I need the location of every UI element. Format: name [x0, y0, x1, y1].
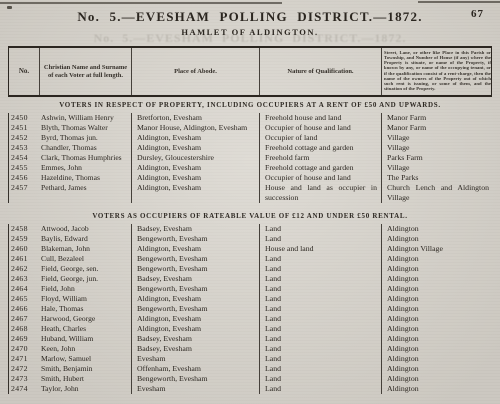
- row-property: Aldington: [381, 224, 493, 234]
- row-name: Hazeldine, Thomas: [39, 173, 131, 183]
- row-qualification: Land: [259, 374, 381, 384]
- row-abode: Badsey, Evesham: [131, 274, 259, 284]
- row-name: Cull, Bezaleel: [39, 254, 131, 264]
- table-row: 2455 Emmes, John Aldington, Evesham Free…: [9, 163, 492, 173]
- row-no: 2470: [9, 344, 39, 354]
- table-header-row: No. Christian Name and Surname of each V…: [8, 46, 492, 97]
- table-row: 2458 Attwood, Jacob Badsey, Evesham Land…: [9, 224, 492, 234]
- row-name: Chandler, Thomas: [39, 143, 131, 153]
- row-no: 2464: [9, 284, 39, 294]
- row-abode: Bengeworth, Evesham: [131, 234, 259, 244]
- table-row: 2451 Blyth, Thomas Walter Manor House, A…: [9, 123, 492, 133]
- row-qualification: Land: [259, 224, 381, 234]
- row-property: Aldington: [381, 354, 493, 364]
- row-abode: Aldington, Evesham: [131, 173, 259, 183]
- scan-edge-line-left: [0, 2, 282, 4]
- table-row: 2462 Field, George, sen. Bengeworth, Eve…: [9, 264, 492, 274]
- row-name: Field, John: [39, 284, 131, 294]
- row-name: Huband, William: [39, 334, 131, 344]
- row-no: 2469: [9, 334, 39, 344]
- row-qualification: Land: [259, 324, 381, 334]
- row-abode: Offenham, Evesham: [131, 364, 259, 374]
- row-name: Taylor, John: [39, 384, 131, 394]
- row-abode: Aldington, Evesham: [131, 314, 259, 324]
- table-row: 2456 Hazeldine, Thomas Aldington, Evesha…: [9, 173, 492, 183]
- row-qualification: Land: [259, 354, 381, 364]
- table-row: 2467 Harwood, George Aldington, Evesham …: [9, 314, 492, 324]
- row-qualification: Land: [259, 344, 381, 354]
- table-row: 2468 Heath, Charles Aldington, Evesham L…: [9, 324, 492, 334]
- row-qualification: Freehold farm: [259, 153, 381, 163]
- row-no: 2457: [9, 183, 39, 203]
- row-abode: Badsey, Evesham: [131, 344, 259, 354]
- row-abode: Evesham: [131, 384, 259, 394]
- row-qualification: Land: [259, 304, 381, 314]
- row-no: 2471: [9, 354, 39, 364]
- row-no: 2472: [9, 364, 39, 374]
- row-qualification: House and land: [259, 244, 381, 254]
- row-name: Marlow, Samuel: [39, 354, 131, 364]
- row-abode: Evesham: [131, 354, 259, 364]
- row-property: Aldington: [381, 284, 493, 294]
- row-abode: Aldington, Evesham: [131, 183, 259, 203]
- table-row: 2453 Chandler, Thomas Aldington, Evesham…: [9, 143, 492, 153]
- table-row: 2461 Cull, Bezaleel Bengeworth, Evesham …: [9, 254, 492, 264]
- table-row: 2454 Clark, Thomas Humphries Dursley, Gl…: [9, 153, 492, 163]
- row-name: Emmes, John: [39, 163, 131, 173]
- row-property: Aldington: [381, 344, 493, 354]
- row-property: Aldington: [381, 314, 493, 324]
- row-property: Aldington: [381, 384, 493, 394]
- row-abode: Bengeworth, Evesham: [131, 254, 259, 264]
- row-qualification: Freehold house and land: [259, 113, 381, 123]
- row-no: 2473: [9, 374, 39, 384]
- table-row: 2464 Field, John Bengeworth, Evesham Lan…: [9, 284, 492, 294]
- section-heading: VOTERS IN RESPECT OF PROPERTY, INCLUDING…: [8, 100, 492, 111]
- row-property: Aldington: [381, 334, 493, 344]
- row-abode: Bengeworth, Evesham: [131, 374, 259, 384]
- column-header-abode: Place of Abode.: [131, 48, 259, 95]
- row-property: The Parks: [381, 173, 493, 183]
- row-property: Church Lench and Aldington Village: [381, 183, 493, 203]
- row-property: Manor Farm: [381, 113, 493, 123]
- row-qualification: Occupier of land: [259, 133, 381, 143]
- voter-section: VOTERS IN RESPECT OF PROPERTY, INCLUDING…: [8, 100, 492, 203]
- row-no: 2474: [9, 384, 39, 394]
- section-rows: 2458 Attwood, Jacob Badsey, Evesham Land…: [8, 224, 492, 394]
- row-name: Heath, Charles: [39, 324, 131, 334]
- table-row: 2471 Marlow, Samuel Evesham Land Aldingt…: [9, 354, 492, 364]
- row-no: 2454: [9, 153, 39, 163]
- row-property: Aldington: [381, 374, 493, 384]
- row-abode: Aldington, Evesham: [131, 294, 259, 304]
- row-name: Keen, John: [39, 344, 131, 354]
- row-qualification: Land: [259, 334, 381, 344]
- column-header-qualification: Nature of Qualification.: [259, 48, 381, 95]
- row-name: Hale, Thomas: [39, 304, 131, 314]
- section-rows: 2450 Ashwin, William Henry Bretforton, E…: [8, 113, 492, 203]
- row-no: 2456: [9, 173, 39, 183]
- row-qualification: Land: [259, 254, 381, 264]
- row-abode: Bengeworth, Evesham: [131, 304, 259, 314]
- row-qualification: Land: [259, 274, 381, 284]
- row-property: Parks Farm: [381, 153, 493, 163]
- row-no: 2458: [9, 224, 39, 234]
- row-abode: Aldington, Evesham: [131, 143, 259, 153]
- row-no: 2462: [9, 264, 39, 274]
- row-qualification: Land: [259, 364, 381, 374]
- row-name: Smith, Benjamin: [39, 364, 131, 374]
- row-abode: Aldington, Evesham: [131, 163, 259, 173]
- row-qualification: Land: [259, 234, 381, 244]
- column-header-no: No.: [9, 48, 39, 95]
- row-name: Pethard, James: [39, 183, 131, 203]
- row-name: Floyd, William: [39, 294, 131, 304]
- row-name: Byrd, Thomas jun.: [39, 133, 131, 143]
- table-row: 2459 Baylis, Edward Bengeworth, Evesham …: [9, 234, 492, 244]
- table-row: 2473 Smith, Hubert Bengeworth, Evesham L…: [9, 374, 492, 384]
- row-name: Harwood, George: [39, 314, 131, 324]
- row-property: Manor Farm: [381, 123, 493, 133]
- scan-edge-line-right: [418, 1, 500, 3]
- row-qualification: Occupier of house and land: [259, 123, 381, 133]
- row-qualification: Occupier of house and land: [259, 173, 381, 183]
- row-no: 2452: [9, 133, 39, 143]
- table-row: 2472 Smith, Benjamin Offenham, Evesham L…: [9, 364, 492, 374]
- row-qualification: Land: [259, 294, 381, 304]
- row-no: 2466: [9, 304, 39, 314]
- row-property: Aldington: [381, 274, 493, 284]
- row-qualification: House and land as occupier in succession: [259, 183, 381, 203]
- row-property: Village: [381, 133, 493, 143]
- row-name: Smith, Hubert: [39, 374, 131, 384]
- table-body: VOTERS IN RESPECT OF PROPERTY, INCLUDING…: [8, 100, 492, 394]
- row-abode: Bengeworth, Evesham: [131, 264, 259, 274]
- scanned-register-page: 67 No. 5.—EVESHAM POLLING DISTRICT.—1872…: [0, 0, 500, 404]
- row-property: Aldington: [381, 364, 493, 374]
- row-no: 2450: [9, 113, 39, 123]
- row-property: Aldington: [381, 324, 493, 334]
- table-row: 2452 Byrd, Thomas jun. Aldington, Evesha…: [9, 133, 492, 143]
- row-property: Village: [381, 143, 493, 153]
- column-header-name: Christian Name and Surname of each Voter…: [39, 48, 131, 95]
- row-qualification: Freehold cottage and garden: [259, 163, 381, 173]
- row-abode: Aldington, Evesham: [131, 244, 259, 254]
- row-property: Aldington: [381, 254, 493, 264]
- row-abode: Aldington, Evesham: [131, 324, 259, 334]
- row-property: Aldington: [381, 264, 493, 274]
- row-qualification: Freehold cottage and garden: [259, 143, 381, 153]
- row-abode: Badsey, Evesham: [131, 334, 259, 344]
- row-name: Field, George, sen.: [39, 264, 131, 274]
- table-row: 2474 Taylor, John Evesham Land Aldington: [9, 384, 492, 394]
- table-row: 2470 Keen, John Badsey, Evesham Land Ald…: [9, 344, 492, 354]
- row-no: 2451: [9, 123, 39, 133]
- row-qualification: Land: [259, 384, 381, 394]
- row-abode: Badsey, Evesham: [131, 224, 259, 234]
- voter-section: VOTERS AS OCCUPIERS OF RATEABLE VALUE OF…: [8, 211, 492, 394]
- row-no: 2453: [9, 143, 39, 153]
- row-no: 2463: [9, 274, 39, 284]
- row-no: 2465: [9, 294, 39, 304]
- row-property: Village: [381, 163, 493, 173]
- row-no: 2459: [9, 234, 39, 244]
- page-title: No. 5.—EVESHAM POLLING DISTRICT.—1872.: [0, 9, 500, 25]
- row-property: Aldington: [381, 304, 493, 314]
- table-row: 2466 Hale, Thomas Bengeworth, Evesham La…: [9, 304, 492, 314]
- section-heading: VOTERS AS OCCUPIERS OF RATEABLE VALUE OF…: [8, 211, 492, 222]
- row-property: Aldington Village: [381, 244, 493, 254]
- row-name: Attwood, Jacob: [39, 224, 131, 234]
- row-abode: Dursley, Gloucestershire: [131, 153, 259, 163]
- row-property: Aldington: [381, 294, 493, 304]
- row-abode: Manor House, Aldington, Evesham: [131, 123, 259, 133]
- row-qualification: Land: [259, 264, 381, 274]
- row-name: Clark, Thomas Humphries: [39, 153, 131, 163]
- row-name: Field, George, jun.: [39, 274, 131, 284]
- row-name: Ashwin, William Henry: [39, 113, 131, 123]
- row-abode: Bretforton, Evesham: [131, 113, 259, 123]
- row-name: Blakeman, John: [39, 244, 131, 254]
- table-row: 2450 Ashwin, William Henry Bretforton, E…: [9, 113, 492, 123]
- table-row: 2463 Field, George, jun. Badsey, Evesham…: [9, 274, 492, 284]
- column-header-street: Street, Lane, or other like Place in thi…: [381, 48, 493, 95]
- row-no: 2460: [9, 244, 39, 254]
- table-row: 2460 Blakeman, John Aldington, Evesham H…: [9, 244, 492, 254]
- row-name: Blyth, Thomas Walter: [39, 123, 131, 133]
- row-abode: Aldington, Evesham: [131, 133, 259, 143]
- row-qualification: Land: [259, 314, 381, 324]
- table-row: 2465 Floyd, William Aldington, Evesham L…: [9, 294, 492, 304]
- row-no: 2461: [9, 254, 39, 264]
- row-no: 2455: [9, 163, 39, 173]
- table-row: 2469 Huband, William Badsey, Evesham Lan…: [9, 334, 492, 344]
- table-row: 2457 Pethard, James Aldington, Evesham H…: [9, 183, 492, 203]
- row-no: 2468: [9, 324, 39, 334]
- row-abode: Bengeworth, Evesham: [131, 284, 259, 294]
- page-subtitle: HAMLET OF ALDINGTON.: [0, 27, 500, 37]
- row-no: 2467: [9, 314, 39, 324]
- voter-table: No. Christian Name and Surname of each V…: [8, 46, 492, 394]
- row-property: Aldington: [381, 234, 493, 244]
- row-name: Baylis, Edward: [39, 234, 131, 244]
- row-qualification: Land: [259, 284, 381, 294]
